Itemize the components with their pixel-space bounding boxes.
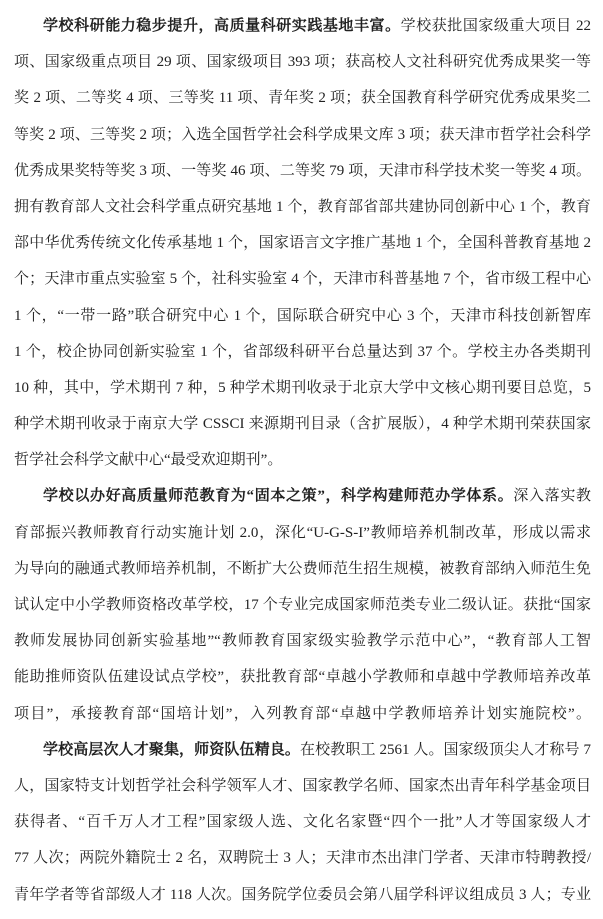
- body-text: 部中华优秀传统文化传承基地 1 个，国家语言文字推广基地 1 个，全国科普教育基…: [14, 235, 591, 251]
- body-text: 10 种，其中，学术期刊 7 种，5 种学术期刊收录于北京大学中文核心期刊要目总…: [14, 380, 591, 396]
- text-line: 1 个，“一带一路”联合研究中心 1 个，国际联合研究中心 3 个，天津市科技创…: [14, 298, 591, 334]
- text-line: 教师发展协同创新实验基地”“教师教育国家级实验教学示范中心”，“教育部人工智: [14, 623, 591, 659]
- text-line: 奖 2 项、二等奖 4 项、三等奖 11 项、青年奖 2 项；获全国教育科学研究…: [14, 80, 591, 116]
- body-text: 学校获批国家级重大项目 22: [401, 18, 591, 34]
- body-text: 为导向的融通式教师培养机制，不断扩大公费师范生招生规模，被教育部纳入师范生免: [14, 561, 591, 577]
- text-line: 试认定中小学教师资格改革学校，17 个专业完成国家师范类专业二级认证。获批“国家: [14, 587, 591, 623]
- text-line: 77 人次；两院外籍院士 2 名，双聘院士 3 人；天津市杰出津门学者、天津市特…: [14, 840, 591, 876]
- text-line: 学校科研能力稳步提升，高质量科研实践基地丰富。学校获批国家级重大项目 22: [14, 8, 591, 44]
- text-line: 部中华优秀传统文化传承基地 1 个，国家语言文字推广基地 1 个，全国科普教育基…: [14, 225, 591, 261]
- bold-lead-text: 学校高层次人才聚集，师资队伍精良。: [43, 742, 300, 758]
- text-line: 项、国家级重点项目 29 项、国家级项目 393 项；获高校人文社科研究优秀成果…: [14, 44, 591, 80]
- text-line: 10 种，其中，学术期刊 7 种，5 种学术期刊收录于北京大学中文核心期刊要目总…: [14, 370, 591, 406]
- text-line: 为导向的融通式教师培养机制，不断扩大公费师范生招生规模，被教育部纳入师范生免: [14, 551, 591, 587]
- body-text: 获得者、“百千万人才工程”国家级人选、文化名家暨“四个一批”人才等国家级人才: [14, 814, 591, 830]
- text-line: 等奖 2 项、三等奖 2 项；入选全国哲学社会科学成果文库 3 项；获天津市哲学…: [14, 117, 591, 153]
- body-text: 哲学社会科学文献中心“最受欢迎期刊”。: [14, 452, 282, 468]
- body-text: 种学术期刊收录于南京大学 CSSCI 来源期刊目录（含扩展版），4 种学术期刊荣…: [14, 416, 591, 432]
- bold-lead-text: 学校以办好高质量师范教育为“固本之策”，科学构建师范办学体系。: [43, 488, 513, 504]
- body-text: 奖 2 项、二等奖 4 项、三等奖 11 项、青年奖 2 项；获全国教育科学研究…: [14, 90, 591, 106]
- text-line: 项目”，承接教育部“国培计划”，入列教育部“卓越中学教师培养计划实施院校”。: [14, 696, 591, 732]
- body-text: 人，国家特支计划哲学社会科学领军人才、国家教学名师、国家杰出青年科学基金项目: [14, 778, 591, 794]
- body-text: 育部振兴教师教育行动实施计划 2.0，深化“U-G-S-I”教师培养机制改革，形…: [14, 525, 591, 541]
- text-line: 青年学者等省部级人才 118 人次。国务院学位委员会第八届学科评议组成员 3 人…: [14, 877, 591, 913]
- body-text: 教师发展协同创新实验基地”“教师教育国家级实验教学示范中心”，“教育部人工智: [14, 633, 591, 649]
- document-body: 学校科研能力稳步提升，高质量科研实践基地丰富。学校获批国家级重大项目 22项、国…: [14, 8, 591, 913]
- text-line: 育部振兴教师教育行动实施计划 2.0，深化“U-G-S-I”教师培养机制改革，形…: [14, 515, 591, 551]
- body-text: 试认定中小学教师资格改革学校，17 个专业完成国家师范类专业二级认证。获批“国家: [14, 597, 591, 613]
- text-line: 个；天津市重点实验室 5 个，社科实验室 4 个，天津市科普基地 7 个，省市级…: [14, 261, 591, 297]
- body-text: 77 人次；两院外籍院士 2 名，双聘院士 3 人；天津市杰出津门学者、天津市特…: [14, 850, 591, 866]
- text-line: 人，国家特支计划哲学社会科学领军人才、国家教学名师、国家杰出青年科学基金项目: [14, 768, 591, 804]
- body-text: 青年学者等省部级人才 118 人次。国务院学位委员会第八届学科评议组成员 3 人…: [14, 887, 591, 903]
- text-line: 优秀成果奖特等奖 3 项、一等奖 46 项、二等奖 79 项，天津市科学技术奖一…: [14, 153, 591, 189]
- body-text: 项、国家级重点项目 29 项、国家级项目 393 项；获高校人文社科研究优秀成果…: [14, 54, 591, 70]
- body-text: 优秀成果奖特等奖 3 项、一等奖 46 项、二等奖 79 项，天津市科学技术奖一…: [14, 163, 591, 179]
- text-line: 获得者、“百千万人才工程”国家级人选、文化名家暨“四个一批”人才等国家级人才: [14, 804, 591, 840]
- paragraph: 学校以办好高质量师范教育为“固本之策”，科学构建师范办学体系。深入落实教育部振兴…: [14, 478, 591, 731]
- body-text: 深入落实教: [513, 488, 591, 504]
- text-line: 1 个，校企协同创新实验室 1 个，省部级科研平台总量达到 37 个。学校主办各…: [14, 334, 591, 370]
- text-line: 能助推师资队伍建设试点学校”，获批教育部“卓越小学教师和卓越中学教师培养改革: [14, 659, 591, 695]
- text-line: 学校以办好高质量师范教育为“固本之策”，科学构建师范办学体系。深入落实教: [14, 478, 591, 514]
- body-text: 项目”，承接教育部“国培计划”，入列教育部“卓越中学教师培养计划实施院校”。: [14, 706, 591, 722]
- document-page: 学校科研能力稳步提升，高质量科研实践基地丰富。学校获批国家级重大项目 22项、国…: [0, 0, 603, 919]
- paragraph: 学校高层次人才聚集，师资队伍精良。在校教职工 2561 人。国家级顶尖人才称号 …: [14, 732, 591, 913]
- body-text: 拥有教育部人文社会科学重点研究基地 1 个，教育部省部共建协同创新中心 1 个，…: [14, 199, 591, 215]
- body-text: 等奖 2 项、三等奖 2 项；入选全国哲学社会科学成果文库 3 项；获天津市哲学…: [14, 127, 591, 143]
- text-line: 哲学社会科学文献中心“最受欢迎期刊”。: [14, 442, 591, 478]
- body-text: 1 个，“一带一路”联合研究中心 1 个，国际联合研究中心 3 个，天津市科技创…: [14, 308, 591, 324]
- text-line: 种学术期刊收录于南京大学 CSSCI 来源期刊目录（含扩展版），4 种学术期刊荣…: [14, 406, 591, 442]
- text-line: 拥有教育部人文社会科学重点研究基地 1 个，教育部省部共建协同创新中心 1 个，…: [14, 189, 591, 225]
- body-text: 1 个，校企协同创新实验室 1 个，省部级科研平台总量达到 37 个。学校主办各…: [14, 344, 591, 360]
- body-text: 在校教职工 2561 人。国家级顶尖人才称号 7: [300, 742, 591, 758]
- paragraph: 学校科研能力稳步提升，高质量科研实践基地丰富。学校获批国家级重大项目 22项、国…: [14, 8, 591, 478]
- body-text: 个；天津市重点实验室 5 个，社科实验室 4 个，天津市科普基地 7 个，省市级…: [14, 271, 591, 287]
- bold-lead-text: 学校科研能力稳步提升，高质量科研实践基地丰富。: [43, 18, 401, 34]
- body-text: 能助推师资队伍建设试点学校”，获批教育部“卓越小学教师和卓越中学教师培养改革: [14, 669, 591, 685]
- text-line: 学校高层次人才聚集，师资队伍精良。在校教职工 2561 人。国家级顶尖人才称号 …: [14, 732, 591, 768]
